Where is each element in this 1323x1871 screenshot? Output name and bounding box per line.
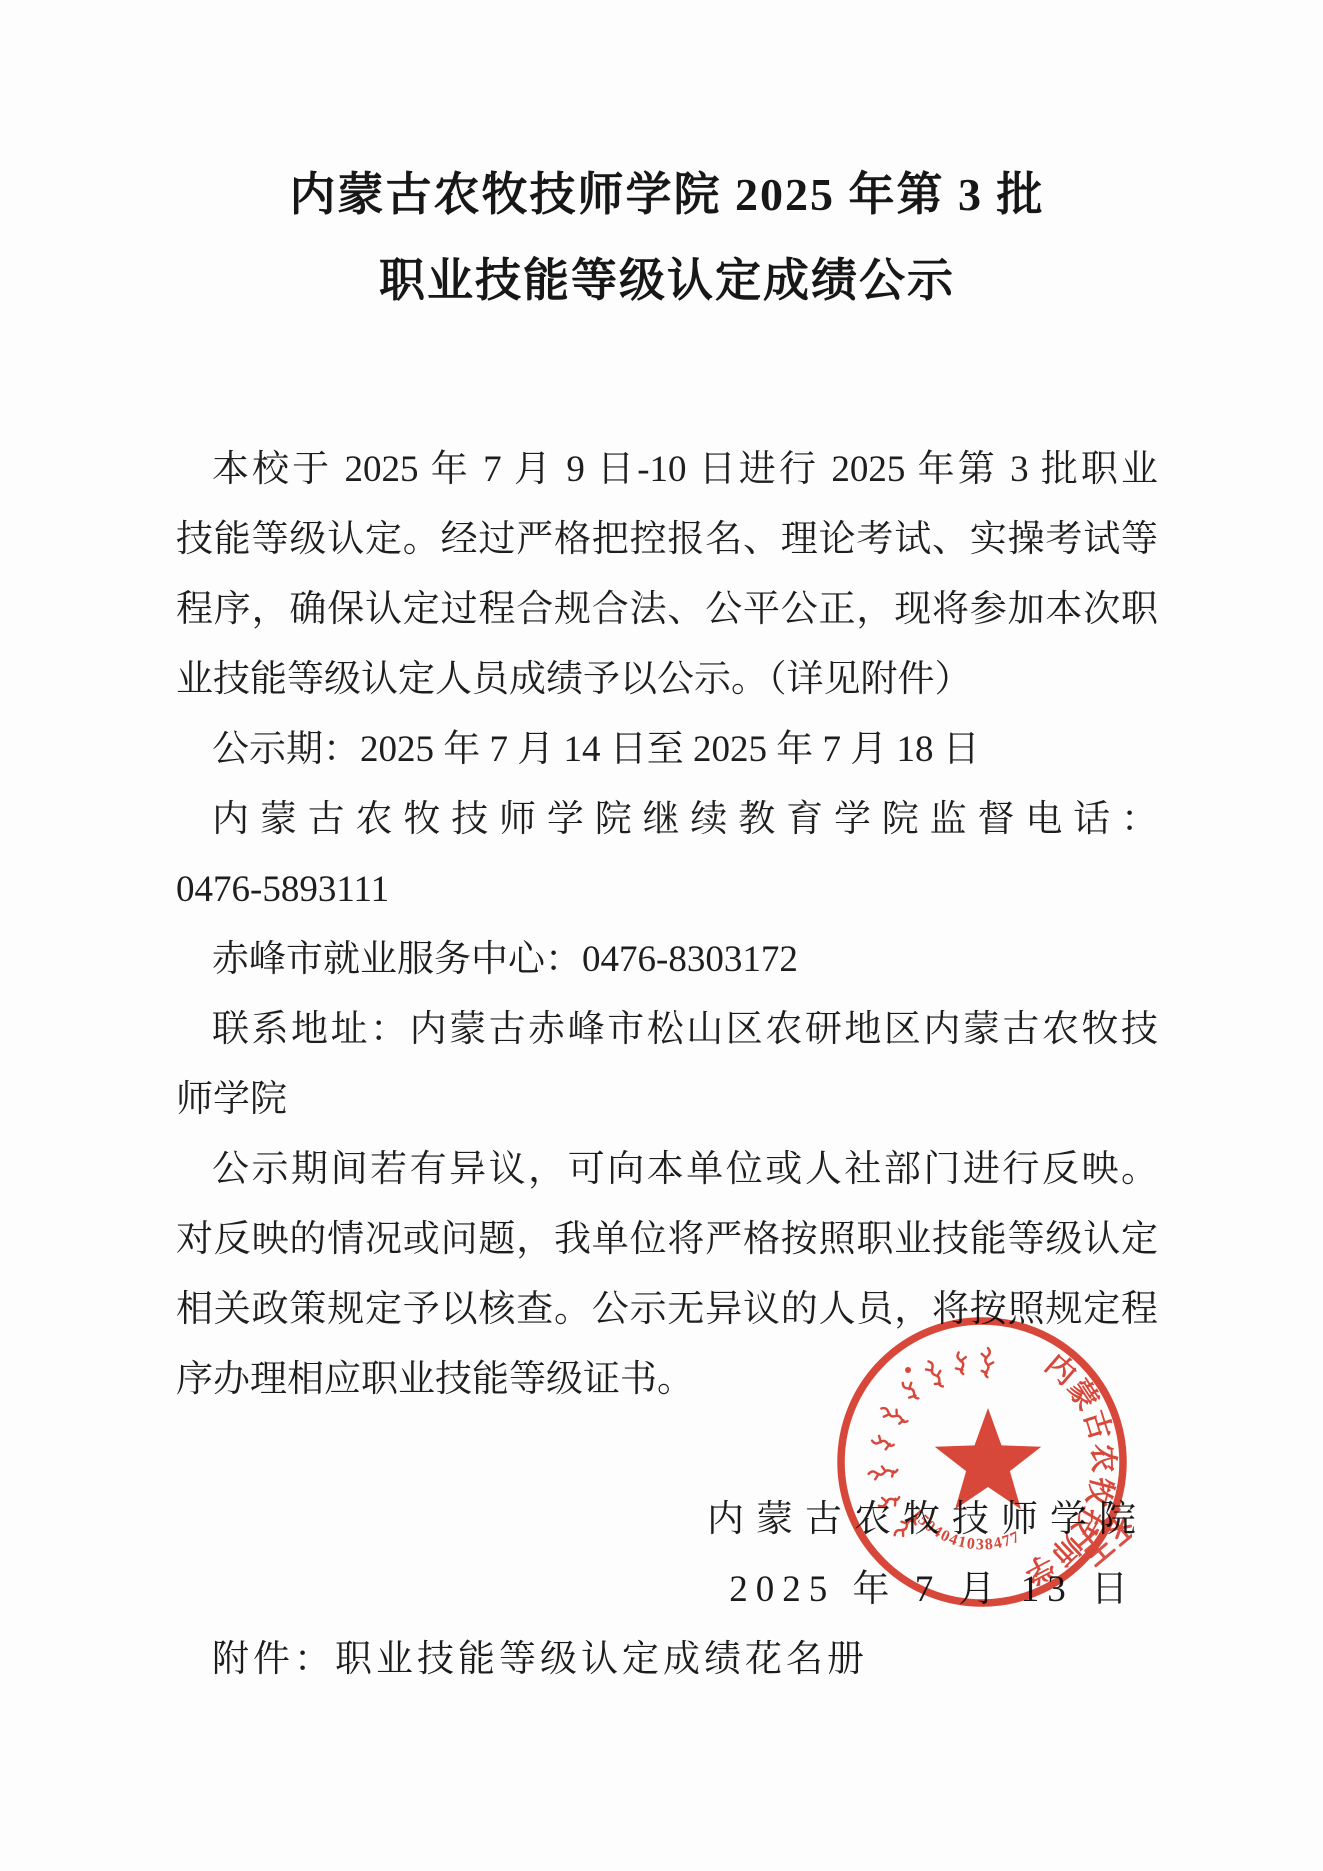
body-line: 内蒙古农牧技师学院继续教育学院监督电话： [176, 785, 1158, 855]
document-page: 内蒙古农牧技师学院 2025 年第 3 批 职业技能等级认定成绩公示 本校于 2… [0, 0, 1323, 1871]
body-line: 0476-5893111 [176, 855, 1158, 925]
title-line-1: 内蒙古农牧技师学院 2025 年第 3 批 [176, 152, 1158, 238]
document-body: 本校于 2025 年 7 月 9 日-10 日进行 2025 年第 3 批职业技… [176, 435, 1158, 1415]
body-line: 相关政策规定予以核查。公示无异议的人员，将按照规定程 [176, 1275, 1158, 1345]
body-line: 联系地址：内蒙古赤峰市松山区农研地区内蒙古农牧技 [176, 995, 1158, 1065]
body-line: 赤峰市就业服务中心：0476-8303172 [176, 925, 1158, 995]
body-line: 公示期间若有异议，可向本单位或人社部门进行反映。 [176, 1135, 1158, 1205]
body-line: 技能等级认定。经过严格把控报名、理论考试、实操考试等 [176, 505, 1158, 575]
body-line: 公示期：2025 年 7 月 14 日至 2025 年 7 月 18 日 [176, 715, 1158, 785]
body-line: 对反映的情况或问题，我单位将严格按照职业技能等级认定 [176, 1205, 1158, 1275]
document-title: 内蒙古农牧技师学院 2025 年第 3 批 职业技能等级认定成绩公示 [176, 152, 1158, 324]
body-line: 业技能等级认定人员成绩予以公示。（详见附件） [176, 645, 1158, 715]
attachment-note: 附件：职业技能等级认定成绩花名册 [176, 1625, 1158, 1695]
body-line: 序办理相应职业技能等级证书。 [176, 1345, 1158, 1415]
signature-org: 内蒙古农牧技师学院 [176, 1485, 1158, 1555]
body-line: 本校于 2025 年 7 月 9 日-10 日进行 2025 年第 3 批职业 [176, 435, 1158, 505]
title-line-2: 职业技能等级认定成绩公示 [176, 238, 1158, 324]
signature-date: 2025 年 7 月 13 日 [176, 1555, 1158, 1625]
body-line: 程序，确保认定过程合规合法、公平公正，现将参加本次职 [176, 575, 1158, 645]
body-line: 师学院 [176, 1065, 1158, 1135]
